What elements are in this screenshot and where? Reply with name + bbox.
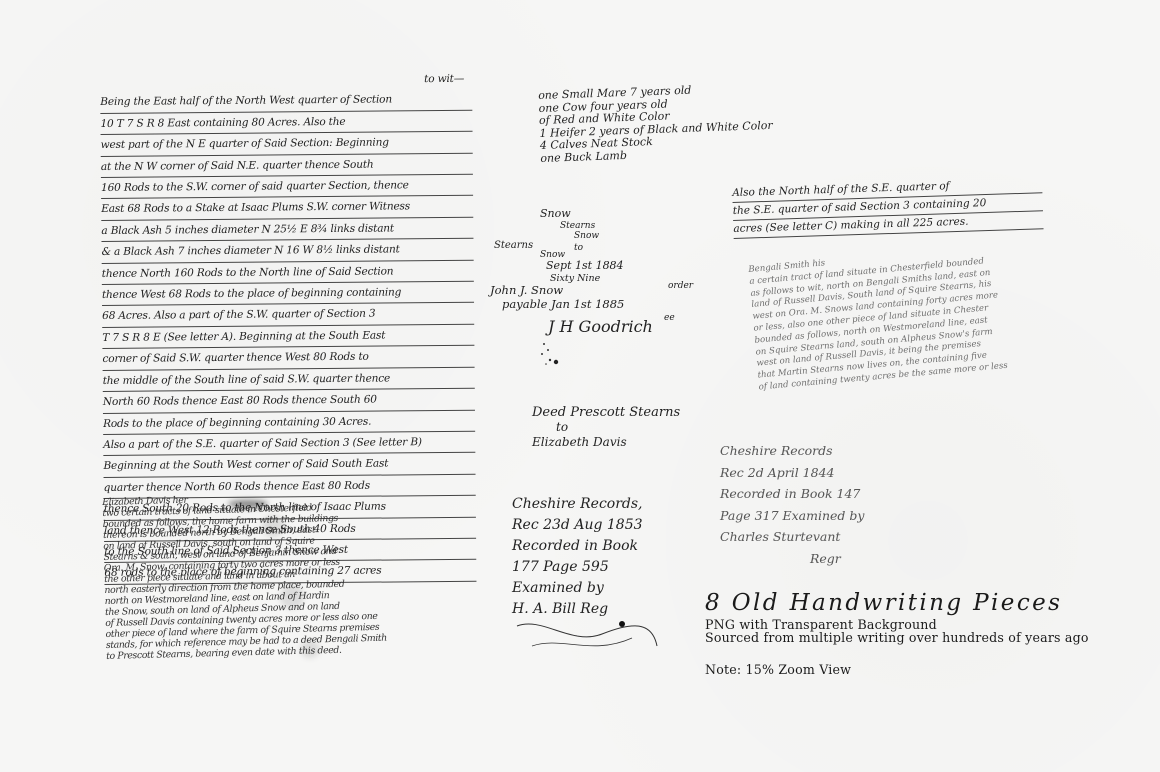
caption-block: 8 Old Handwriting Pieces PNG with Transp… [705,588,1125,677]
signature-flourish-icon [512,616,662,656]
handwriting-piece-north-half: Also the North half of the S.E. quarter … [732,175,1044,239]
deed-title: Deed Prescott Stearns [532,405,682,420]
caption-title: 8 Old Handwriting Pieces [705,588,1125,618]
endorsement-goodrich-suffix: ee [664,313,675,323]
caption-subtitle: Sourced from multiple writing over hundr… [705,631,1125,644]
handwriting-piece-livestock: one Small Mare 7 years oldone Cow four y… [538,81,810,165]
handwriting-line: Cheshire Records [720,440,910,462]
endorsement-snow: Snow [540,207,571,220]
handwriting-line: Rec 23d Aug 1853 [512,515,682,536]
stain [280,585,304,609]
deed-to: to [532,420,682,435]
handwriting-line: Examined by [512,578,682,599]
endorsement-goodrich: J H Goodrich [548,317,653,336]
handwriting-line: Rec 2d April 1844 [720,462,910,484]
handwriting-line: 177 Page 595 [512,557,682,578]
handwriting-line: Regr [720,548,910,570]
cheshire-records-1853: Cheshire Records,Rec 23d Aug 1853Recorde… [512,494,682,620]
handwriting-piece-bengali-smith: Bengali Smith hisa certain tract of land… [748,239,1058,394]
handwriting-line: Recorded in Book 147 [720,483,910,505]
stain [300,640,320,658]
endorsement-to: to [574,243,583,253]
handwriting-line: Charles Sturtevant [720,526,910,548]
endorsement-snow: Snow [574,231,599,241]
handwriting-line: Cheshire Records, [512,494,682,515]
endorsement-order: order [668,281,693,291]
handwriting-piece-cheshire-1844: Cheshire RecordsRec 2d April 1844Recorde… [720,440,910,569]
caption-note: Note: 15% Zoom View [705,662,1125,677]
deed-grantee: Elizabeth Davis [532,435,682,450]
endorsement-date: Sept 1st 1884 [546,259,624,272]
endorsement-john-snow: John J. Snow [490,283,563,297]
endorsement-stearns: Stearns [494,240,533,251]
handwriting-line: Page 317 Examined by [720,505,910,527]
ink-blot [228,500,268,508]
handwriting-line: Recorded in Book [512,536,682,557]
endorsement-payable: payable Jan 1st 1885 [502,297,624,311]
handwriting-piece-deed-elizabeth: Deed Prescott Stearns to Elizabeth Davis… [512,405,682,656]
endorsement-stearns: Stearns [560,221,595,231]
ink-spatter-icon [538,340,578,370]
stain [262,515,284,537]
handwriting-piece-endorsements: Snow Stearns Snow Stearns Snow to Sept 1… [488,205,728,365]
